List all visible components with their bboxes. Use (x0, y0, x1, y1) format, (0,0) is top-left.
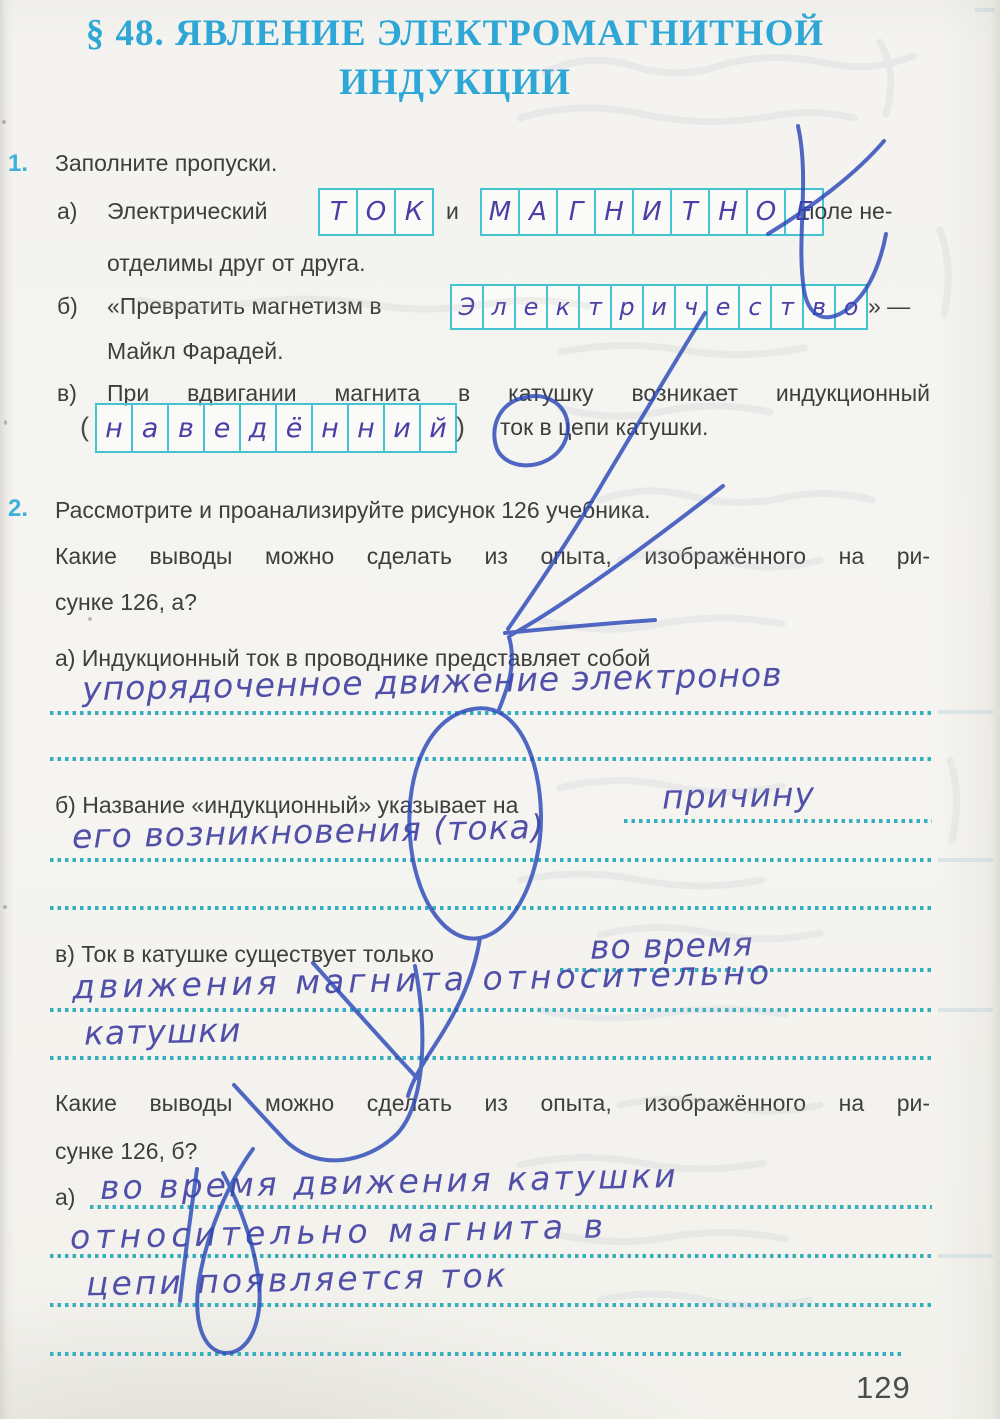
task1-prompt: Заполните пропуски. (55, 150, 277, 177)
paper-speck (4, 420, 7, 425)
answer-dotted-line (50, 858, 932, 862)
letter-cell: о (834, 284, 868, 330)
letter-cell: в (802, 284, 836, 330)
paper-speck (88, 617, 92, 621)
paper-speck (3, 905, 7, 909)
task2-intro2: Какие выводы можно сделать из опыта, изо… (55, 543, 930, 570)
task1b-text-after: » — (868, 293, 910, 320)
task1b-text-cont: Майкл Фарадей. (107, 338, 284, 365)
task1b-text-before: «Превратить магнетизм в (107, 293, 382, 320)
handwritten-answer-126b-line3: цепи появляется ток (86, 1256, 509, 1304)
letter-cell: и (383, 403, 421, 453)
task1b-label: б) (57, 293, 78, 320)
task2-outro2: сунке 126, б? (55, 1138, 197, 1165)
handwritten-answer-2v-line3: катушки (84, 1010, 242, 1052)
task1v-letterboxes-navedyonny: наведённий (97, 403, 457, 453)
answer-dotted-line (50, 1303, 932, 1307)
answer-dotted-line (50, 757, 932, 761)
task1a-letterboxes-magnitnoe: МАГНИТНОЕ (482, 188, 824, 236)
section-title-line2: ИНДУКЦИИ (5, 61, 905, 104)
answer-dotted-line (50, 711, 932, 715)
letter-cell: т (770, 284, 804, 330)
task2b6-label: а) (55, 1184, 75, 1211)
letter-cell: н (311, 403, 349, 453)
letter-cell: е (203, 403, 241, 453)
letter-cell: т (578, 284, 612, 330)
letter-cell: с (738, 284, 772, 330)
letter-cell: и (642, 284, 676, 330)
handwritten-answer-126b-line2: относительно магнита в (70, 1206, 609, 1256)
letter-cell: К (394, 188, 434, 236)
answer-dotted-line (50, 906, 932, 910)
letter-cell: й (419, 403, 457, 453)
task1-number: 1. (8, 150, 28, 178)
letter-cell: Т (318, 188, 358, 236)
task2-intro1: Рассмотрите и проанализируйте рисунок 12… (55, 497, 651, 524)
letter-cell: е (706, 284, 740, 330)
letter-cell: М (480, 188, 520, 236)
answer-dotted-line (50, 1352, 905, 1356)
letter-cell: а (131, 403, 169, 453)
letter-cell: ч (674, 284, 708, 330)
section-title-line1: § 48. ЯВЛЕНИЕ ЭЛЕКТРОМАГНИТНОЙ (5, 12, 905, 55)
task1a-text-before: Электрический (107, 198, 268, 225)
letter-cell: Т (670, 188, 710, 236)
page-number: 129 (856, 1370, 911, 1406)
letter-cell: Г (556, 188, 596, 236)
task1b-letterboxes-elektrichestvo: Электричество (452, 284, 868, 330)
letter-cell: ё (275, 403, 313, 453)
letter-cell: в (167, 403, 205, 453)
handwritten-answer-2b-inline: причину (662, 774, 816, 816)
paper-speck (2, 120, 6, 124)
workbook-page: § 48. ЯВЛЕНИЕ ЭЛЕКТРОМАГНИТНОЙ ИНДУКЦИИ … (0, 0, 1000, 1419)
task1v-paren-open: ( (80, 412, 89, 443)
letter-cell: д (239, 403, 277, 453)
letter-cell: л (482, 284, 516, 330)
letter-cell: Н (708, 188, 748, 236)
task1v-label: в) (57, 380, 77, 407)
answer-dotted-line (624, 819, 932, 823)
task2-intro3: сунке 126, а? (55, 589, 197, 616)
letter-cell: е (514, 284, 548, 330)
task1v-paren-close: ) (456, 412, 465, 443)
letter-cell: н (347, 403, 385, 453)
task1a-text-cont: отделимы друг от друга. (107, 250, 365, 277)
task1a-text-mid: и (446, 198, 459, 225)
letter-cell: О (356, 188, 396, 236)
task1a-text-after: поле не- (802, 198, 893, 225)
letter-cell: И (632, 188, 672, 236)
answer-dotted-line (50, 1056, 932, 1060)
letter-cell: н (95, 403, 133, 453)
letter-cell: к (546, 284, 580, 330)
task1a-label: а) (57, 198, 77, 225)
task2-number: 2. (8, 495, 28, 523)
task2-outro1: Какие выводы можно сделать из опыта, изо… (55, 1090, 930, 1117)
task1v-text-after: ток в цепи катушки. (500, 414, 708, 441)
letter-cell: А (518, 188, 558, 236)
task1a-letterboxes-tok: ТОК (320, 188, 434, 236)
letter-cell: О (746, 188, 786, 236)
letter-cell: р (610, 284, 644, 330)
letter-cell: Н (594, 188, 634, 236)
letter-cell: Э (450, 284, 484, 330)
